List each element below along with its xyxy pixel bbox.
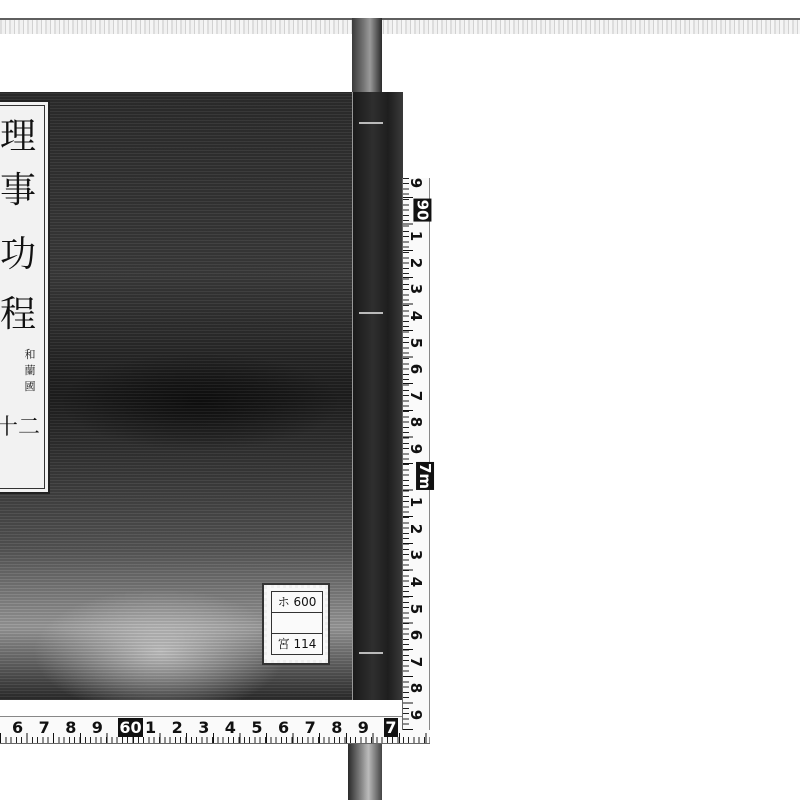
ruler-label: 8: [407, 683, 425, 693]
ruler-label: 5: [407, 603, 425, 613]
volume-number: 十二: [0, 410, 40, 441]
label-number: 600: [293, 595, 316, 609]
ruler-label: 90: [413, 198, 431, 221]
ruler-label: 4: [407, 311, 425, 321]
ruler-label: 7: [384, 718, 397, 737]
ruler-label: 6: [12, 718, 23, 737]
ruler-label: 6: [407, 630, 425, 640]
scanner-top-edge: [0, 18, 800, 34]
ruler-label: 8: [331, 718, 342, 737]
ruler-label: 7: [305, 718, 316, 737]
ruler-label: 2: [407, 258, 425, 268]
ruler-label: 5: [251, 718, 262, 737]
ruler-label: 9: [407, 710, 425, 720]
label-number: 114: [293, 637, 316, 651]
ruler-label: 1: [145, 718, 156, 737]
label-row-1: ホ 600: [271, 591, 323, 613]
ruler-label: 3: [407, 550, 425, 560]
ruler-label: 2: [407, 524, 425, 534]
ruler-label: 7: [407, 391, 425, 401]
ruler-label: 2: [172, 718, 183, 737]
ruler-label: 9: [407, 178, 425, 188]
label-prefix: 宮: [278, 637, 290, 651]
binding-thread: [359, 122, 383, 124]
subtitle-char: 國: [20, 380, 40, 393]
ruler-label: 1: [407, 231, 425, 241]
label-row-2: [271, 612, 323, 634]
label-prefix: ホ: [278, 595, 290, 609]
title-char: 理: [0, 108, 40, 159]
title-char: 功: [0, 226, 40, 277]
ruler-label: 8: [65, 718, 76, 737]
ruler-label: 7: [407, 657, 425, 667]
binding-thread: [359, 652, 383, 654]
ruler-label: 4: [407, 577, 425, 587]
ruler-label: 6: [278, 718, 289, 737]
ruler-label: 9: [92, 718, 103, 737]
ruler-label: 4: [225, 718, 236, 737]
ruler-label: 3: [407, 284, 425, 294]
binding-strap-top: [352, 18, 382, 98]
title-slip: 理 事 功 程 和 蘭 國 十二: [0, 100, 50, 494]
binding-thread: [359, 312, 383, 314]
ruler-label: 3: [198, 718, 209, 737]
library-label: ホ 600 宮 114: [264, 585, 328, 663]
ruler-label: 7m: [416, 462, 434, 490]
title-char: 事: [0, 162, 40, 213]
vertical-ruler: 9901234567897m123456789: [402, 178, 430, 730]
book-spine: [352, 92, 403, 700]
horizontal-ruler: 6789601234567897: [0, 716, 430, 744]
ruler-label: 8: [407, 417, 425, 427]
subtitle-char: 蘭: [20, 364, 40, 377]
ruler-label: 6: [407, 364, 425, 374]
ruler-label: 9: [358, 718, 369, 737]
binding-strap-bottom: [348, 740, 382, 800]
ruler-label: 5: [407, 337, 425, 347]
ruler-label: 1: [407, 497, 425, 507]
subtitle-char: 和: [20, 348, 40, 361]
title-char: 程: [0, 286, 40, 337]
ruler-label: 7: [39, 718, 50, 737]
label-row-3: 宮 114: [271, 633, 323, 655]
ruler-label: 60: [118, 718, 142, 737]
ruler-label: 9: [407, 444, 425, 454]
